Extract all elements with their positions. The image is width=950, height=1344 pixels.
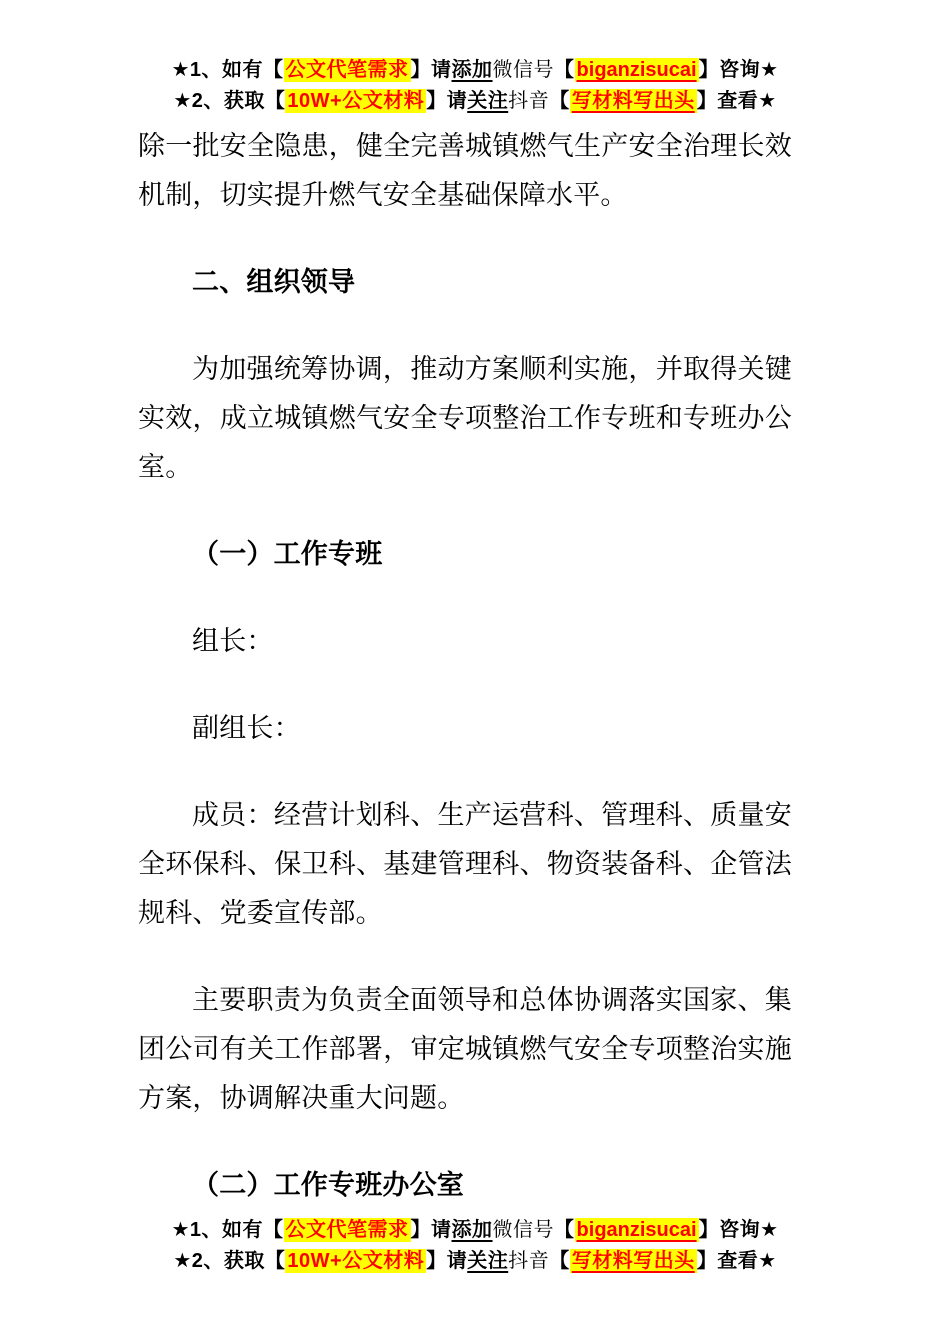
promo-wechat-id: biganzisucai bbox=[575, 58, 699, 82]
paragraph-continuation: 除一批安全隐患，健全完善城镇燃气生产安全治理长效机制，切实提升燃气安全基础保障水… bbox=[138, 122, 792, 220]
promo-line-1: ★1、如有【公文代笔需求】请添加微信号【biganzisucai】咨询★ bbox=[0, 1215, 950, 1246]
promo-underline-action: 添加 bbox=[452, 59, 493, 81]
promo-channel-label: 抖音 bbox=[508, 90, 549, 112]
promo-underline-action: 关注 bbox=[467, 1250, 508, 1272]
promo-banner-top: ★1、如有【公文代笔需求】请添加微信号【biganzisucai】咨询★ ★2、… bbox=[0, 55, 950, 117]
promo-mid: 】请 bbox=[411, 1219, 452, 1241]
promo-highlight-service: 10W+公文材料 bbox=[285, 1249, 426, 1273]
promo-channel-label: 微信号 bbox=[493, 1219, 555, 1241]
subsection-heading-work-team: （一）工作专班 bbox=[138, 530, 792, 579]
subsection-heading-office: （二）工作专班办公室 bbox=[138, 1161, 792, 1210]
promo-highlight-service: 公文代笔需求 bbox=[284, 58, 411, 82]
promo-channel-label: 微信号 bbox=[493, 59, 555, 81]
promo-prefix: ★2、获取【 bbox=[173, 90, 285, 112]
promo-line-2: ★2、获取【10W+公文材料】请关注抖音【写材料写出头】查看★ bbox=[0, 1246, 950, 1277]
paragraph-intro: 为加强统筹协调，推动方案顺利实施，并取得关键实效，成立城镇燃气安全专项整治工作专… bbox=[138, 345, 792, 492]
promo-prefix: ★2、获取【 bbox=[173, 1250, 285, 1272]
promo-banner-bottom: ★1、如有【公文代笔需求】请添加微信号【biganzisucai】咨询★ ★2、… bbox=[0, 1215, 950, 1277]
promo-mid: 】请 bbox=[426, 90, 467, 112]
promo-line-1: ★1、如有【公文代笔需求】请添加微信号【biganzisucai】咨询★ bbox=[0, 55, 950, 86]
document-content: 除一批安全隐患，健全完善城镇燃气生产安全治理长效机制，切实提升燃气安全基础保障水… bbox=[138, 122, 792, 1248]
promo-suffix: 】查看★ bbox=[697, 1250, 777, 1272]
promo-highlight-service: 公文代笔需求 bbox=[284, 1218, 411, 1242]
promo-douyin-id: 写材料写出头 bbox=[570, 1249, 697, 1273]
paragraph-team-leader: 组长： bbox=[138, 617, 792, 666]
section-heading-organization: 二、组织领导 bbox=[138, 258, 792, 307]
promo-bracket: 【 bbox=[549, 90, 570, 112]
promo-bracket: 【 bbox=[554, 59, 575, 81]
promo-douyin-id: 写材料写出头 bbox=[570, 89, 697, 113]
document-page: ★1、如有【公文代笔需求】请添加微信号【biganzisucai】咨询★ ★2、… bbox=[0, 0, 950, 1344]
promo-suffix: 】查看★ bbox=[697, 90, 777, 112]
promo-underline-action: 关注 bbox=[467, 90, 508, 112]
promo-bracket: 【 bbox=[549, 1250, 570, 1272]
promo-prefix: ★1、如有【 bbox=[171, 59, 283, 81]
promo-bracket: 【 bbox=[554, 1219, 575, 1241]
paragraph-members: 成员：经营计划科、生产运营科、管理科、质量安全环保科、保卫科、基建管理科、物资装… bbox=[138, 791, 792, 938]
promo-prefix: ★1、如有【 bbox=[171, 1219, 283, 1241]
promo-mid: 】请 bbox=[426, 1250, 467, 1272]
promo-line-2: ★2、获取【10W+公文材料】请关注抖音【写材料写出头】查看★ bbox=[0, 86, 950, 117]
promo-suffix: 】咨询★ bbox=[699, 59, 779, 81]
promo-mid: 】请 bbox=[411, 59, 452, 81]
promo-highlight-service: 10W+公文材料 bbox=[285, 89, 426, 113]
promo-underline-action: 添加 bbox=[452, 1219, 493, 1241]
promo-channel-label: 抖音 bbox=[508, 1250, 549, 1272]
paragraph-deputy-leader: 副组长： bbox=[138, 704, 792, 753]
promo-wechat-id: biganzisucai bbox=[575, 1218, 699, 1242]
promo-suffix: 】咨询★ bbox=[699, 1219, 779, 1241]
paragraph-responsibilities: 主要职责为负责全面领导和总体协调落实国家、集团公司有关工作部署，审定城镇燃气安全… bbox=[138, 976, 792, 1123]
